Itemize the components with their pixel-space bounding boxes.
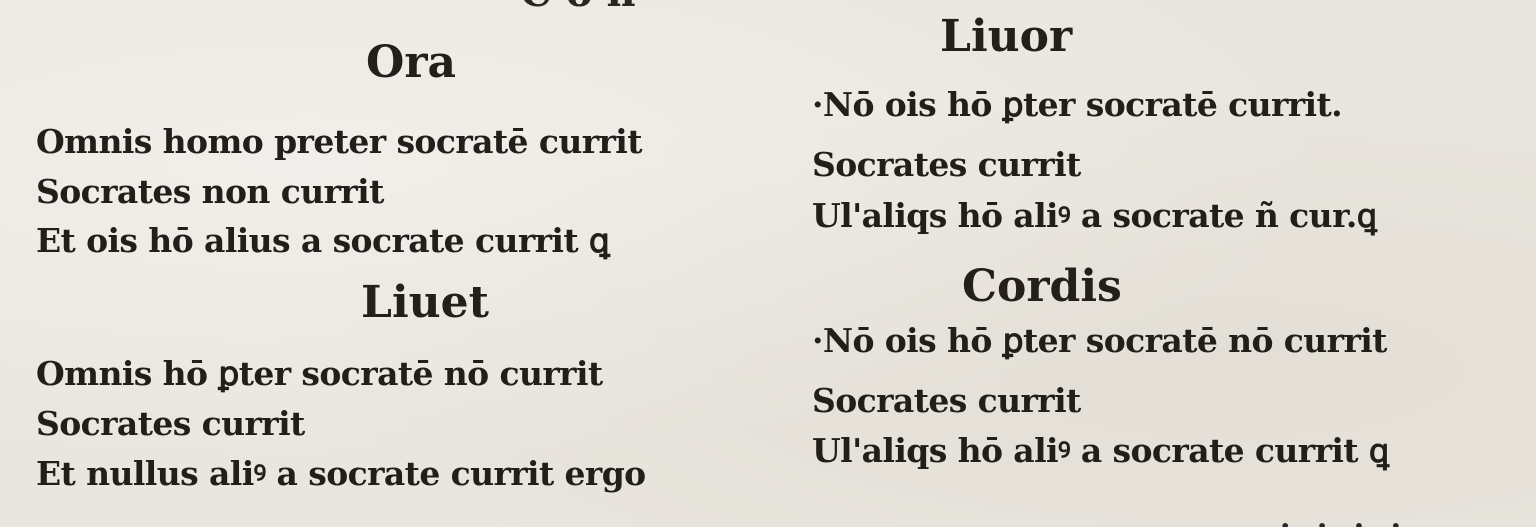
section-heading-liuet: Liuet: [361, 278, 489, 328]
text-line: Et nullus aliꝰ a socrate currit ergo: [36, 455, 646, 493]
printed-page: Con Ora Omnis homo preter socratē currit…: [0, 0, 1536, 527]
section-heading-liuor: Liuor: [940, 12, 1072, 62]
text-line: Socrates currit: [812, 382, 1081, 420]
text-line: Et ois hō alius a socrate currit ꝗ: [36, 222, 609, 260]
text-line: Ul'aliqs hō aliꝰ a socrate currit ꝗ: [812, 432, 1389, 470]
section-heading-ora: Ora: [366, 38, 456, 88]
text-line: Omnis homo preter socratē currit: [36, 123, 642, 161]
text-line: Socrates non currit: [36, 173, 384, 211]
text-line: Socrates currit: [36, 405, 305, 443]
section-heading-cordis: Cordis: [962, 262, 1122, 312]
text-line: Socrates currit: [812, 146, 1081, 184]
text-line: ·Nō ois hō ꝑter socratē nō currit: [812, 322, 1387, 360]
cropped-title-fragment: Con: [520, 0, 940, 8]
text-line: ·Nō ois hō ꝑter socratē currit.: [812, 86, 1342, 124]
text-line: Omnis hō ꝑter socratē nō currit: [36, 355, 603, 393]
text-line: Ul'aliqs hō aliꝰ a socrate ñ cur.ꝗ: [812, 197, 1376, 235]
cropped-bottom-fragment: · · · ·: [1280, 512, 1409, 527]
